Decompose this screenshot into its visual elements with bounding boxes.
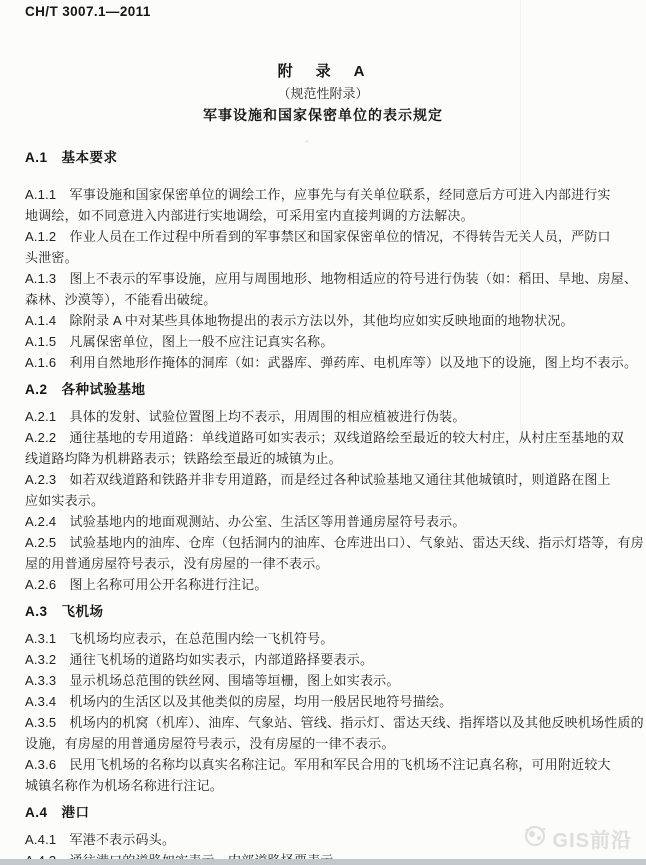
paragraph-line: 屋的用普通房屋符号表示，没有房屋的一律不表示。	[25, 553, 630, 574]
paragraph-line: A.3.6 民用飞机场的名称均以真实名称注记。军用和军民合用的飞机场不注记真名称…	[25, 754, 630, 775]
section-heading: A.4 港口	[25, 802, 630, 823]
paragraph-line: A.2.6 图上名称可用公开名称进行注记。	[25, 574, 630, 595]
paragraph-line: A.2.3 如若双线道路和铁路并非专用道路，而是经过各种试验基地又通往其他城镇时…	[25, 469, 630, 490]
paragraph-line: A.3.3 显示机场总范围的铁丝网、围墙等垣栅，图上如实表示。	[25, 670, 630, 691]
paragraph-line: 线道路均降为机耕路表示；铁路绘至最近的城镇为止。	[25, 448, 630, 469]
standard-code: CH/T 3007.1—2011	[25, 4, 151, 19]
appendix-label: 附 录 A	[0, 61, 646, 83]
document-page: CH/T 3007.1—2011 附 录 A （规范性附录） 军事设施和国家保密…	[0, 0, 646, 865]
paragraph-line: A.1.2 作业人员在工作过程中所看到的军事禁区和国家保密单位的情况，不得转告无…	[25, 226, 630, 247]
paragraph-line: A.3.2 通往飞机场的道路均如实表示，内部道路择要表示。	[25, 649, 630, 670]
appendix-title: 军事设施和国家保密单位的表示规定	[0, 104, 646, 126]
content-area: A.1 基本要求A.1.1 军事设施和国家保密单位的调绘工作，应事先与有关单位联…	[25, 141, 630, 865]
watermark: GIS前沿	[523, 824, 632, 853]
paragraph-line: A.3.4 机场内的生活区以及其他类似的房屋，均用一般居民地符号描绘。	[25, 691, 630, 712]
scan-speck	[305, 140, 309, 143]
paragraph-line: A.3.1 飞机场均应表示，在总范围内绘一飞机符号。	[25, 628, 630, 649]
scan-artifact-line	[520, 0, 521, 430]
paragraph-line: A.1.5 凡属保密单位，图上一般不应注记真实名称。	[25, 331, 630, 352]
paragraph-line: 头泄密。	[25, 247, 630, 268]
paragraph-line: 应如实表示。	[25, 490, 630, 511]
paragraph-line: 城镇名称作为机场名称进行注记。	[25, 775, 630, 796]
paragraph-line: 地调绘，如不同意进入内部进行实地调绘，可采用室内直接判调的方法解决。	[25, 205, 630, 226]
globe-logo-icon	[523, 824, 547, 853]
paragraph-line: A.1.6 利用自然地形作掩体的洞库（如：武器库、弹药库、电机库等）以及地下的设…	[25, 352, 630, 373]
paragraph-line: A.3.5 机场内的机窝（机库）、油库、气象站、管线、指示灯、雷达天线、指挥塔以…	[25, 712, 630, 733]
paragraph-line: A.2.1 具体的发射、试验位置图上均不表示，用周围的相应植被进行伪装。	[25, 406, 630, 427]
paragraph-line: A.2.4 试验基地内的地面观测站、办公室、生活区等用普通房屋符号表示。	[25, 511, 630, 532]
paragraph-line: A.2.5 试验基地内的油库、仓库（包括洞内的油库、仓库进出口）、气象站、雷达天…	[25, 532, 630, 553]
watermark-text: GIS前沿	[553, 824, 632, 853]
paragraph-line: A.2.2 通往基地的专用道路：单线道路可如实表示；双线道路绘至最近的较大村庄，…	[25, 427, 630, 448]
scan-speck	[46, 352, 49, 355]
paragraph-line: A.1.1 军事设施和国家保密单位的调绘工作，应事先与有关单位联系，经同意后方可…	[25, 184, 630, 205]
scan-edge-bar	[0, 859, 646, 865]
paragraph-line: 森林、沙漠等），不能看出破绽。	[25, 289, 630, 310]
section-heading: A.3 飞机场	[25, 601, 630, 622]
paragraph-line: A.1.4 除附录 A 中对某些具体地物提出的表示方法以外，其他均应如实反映地面…	[25, 310, 630, 331]
paragraph-line: 设施，有房屋的用普通房屋符号表示，没有房屋的一律不表示。	[25, 733, 630, 754]
appendix-type-note: （规范性附录）	[0, 83, 646, 104]
section-heading: A.2 各种试验基地	[25, 379, 630, 400]
appendix-title-block: 附 录 A （规范性附录） 军事设施和国家保密单位的表示规定	[0, 61, 646, 126]
section-heading: A.1 基本要求	[25, 147, 630, 168]
paragraph-line: A.1.3 图上不表示的军事设施，应用与周围地形、地物相适应的符号进行伪装（如：…	[25, 268, 630, 289]
